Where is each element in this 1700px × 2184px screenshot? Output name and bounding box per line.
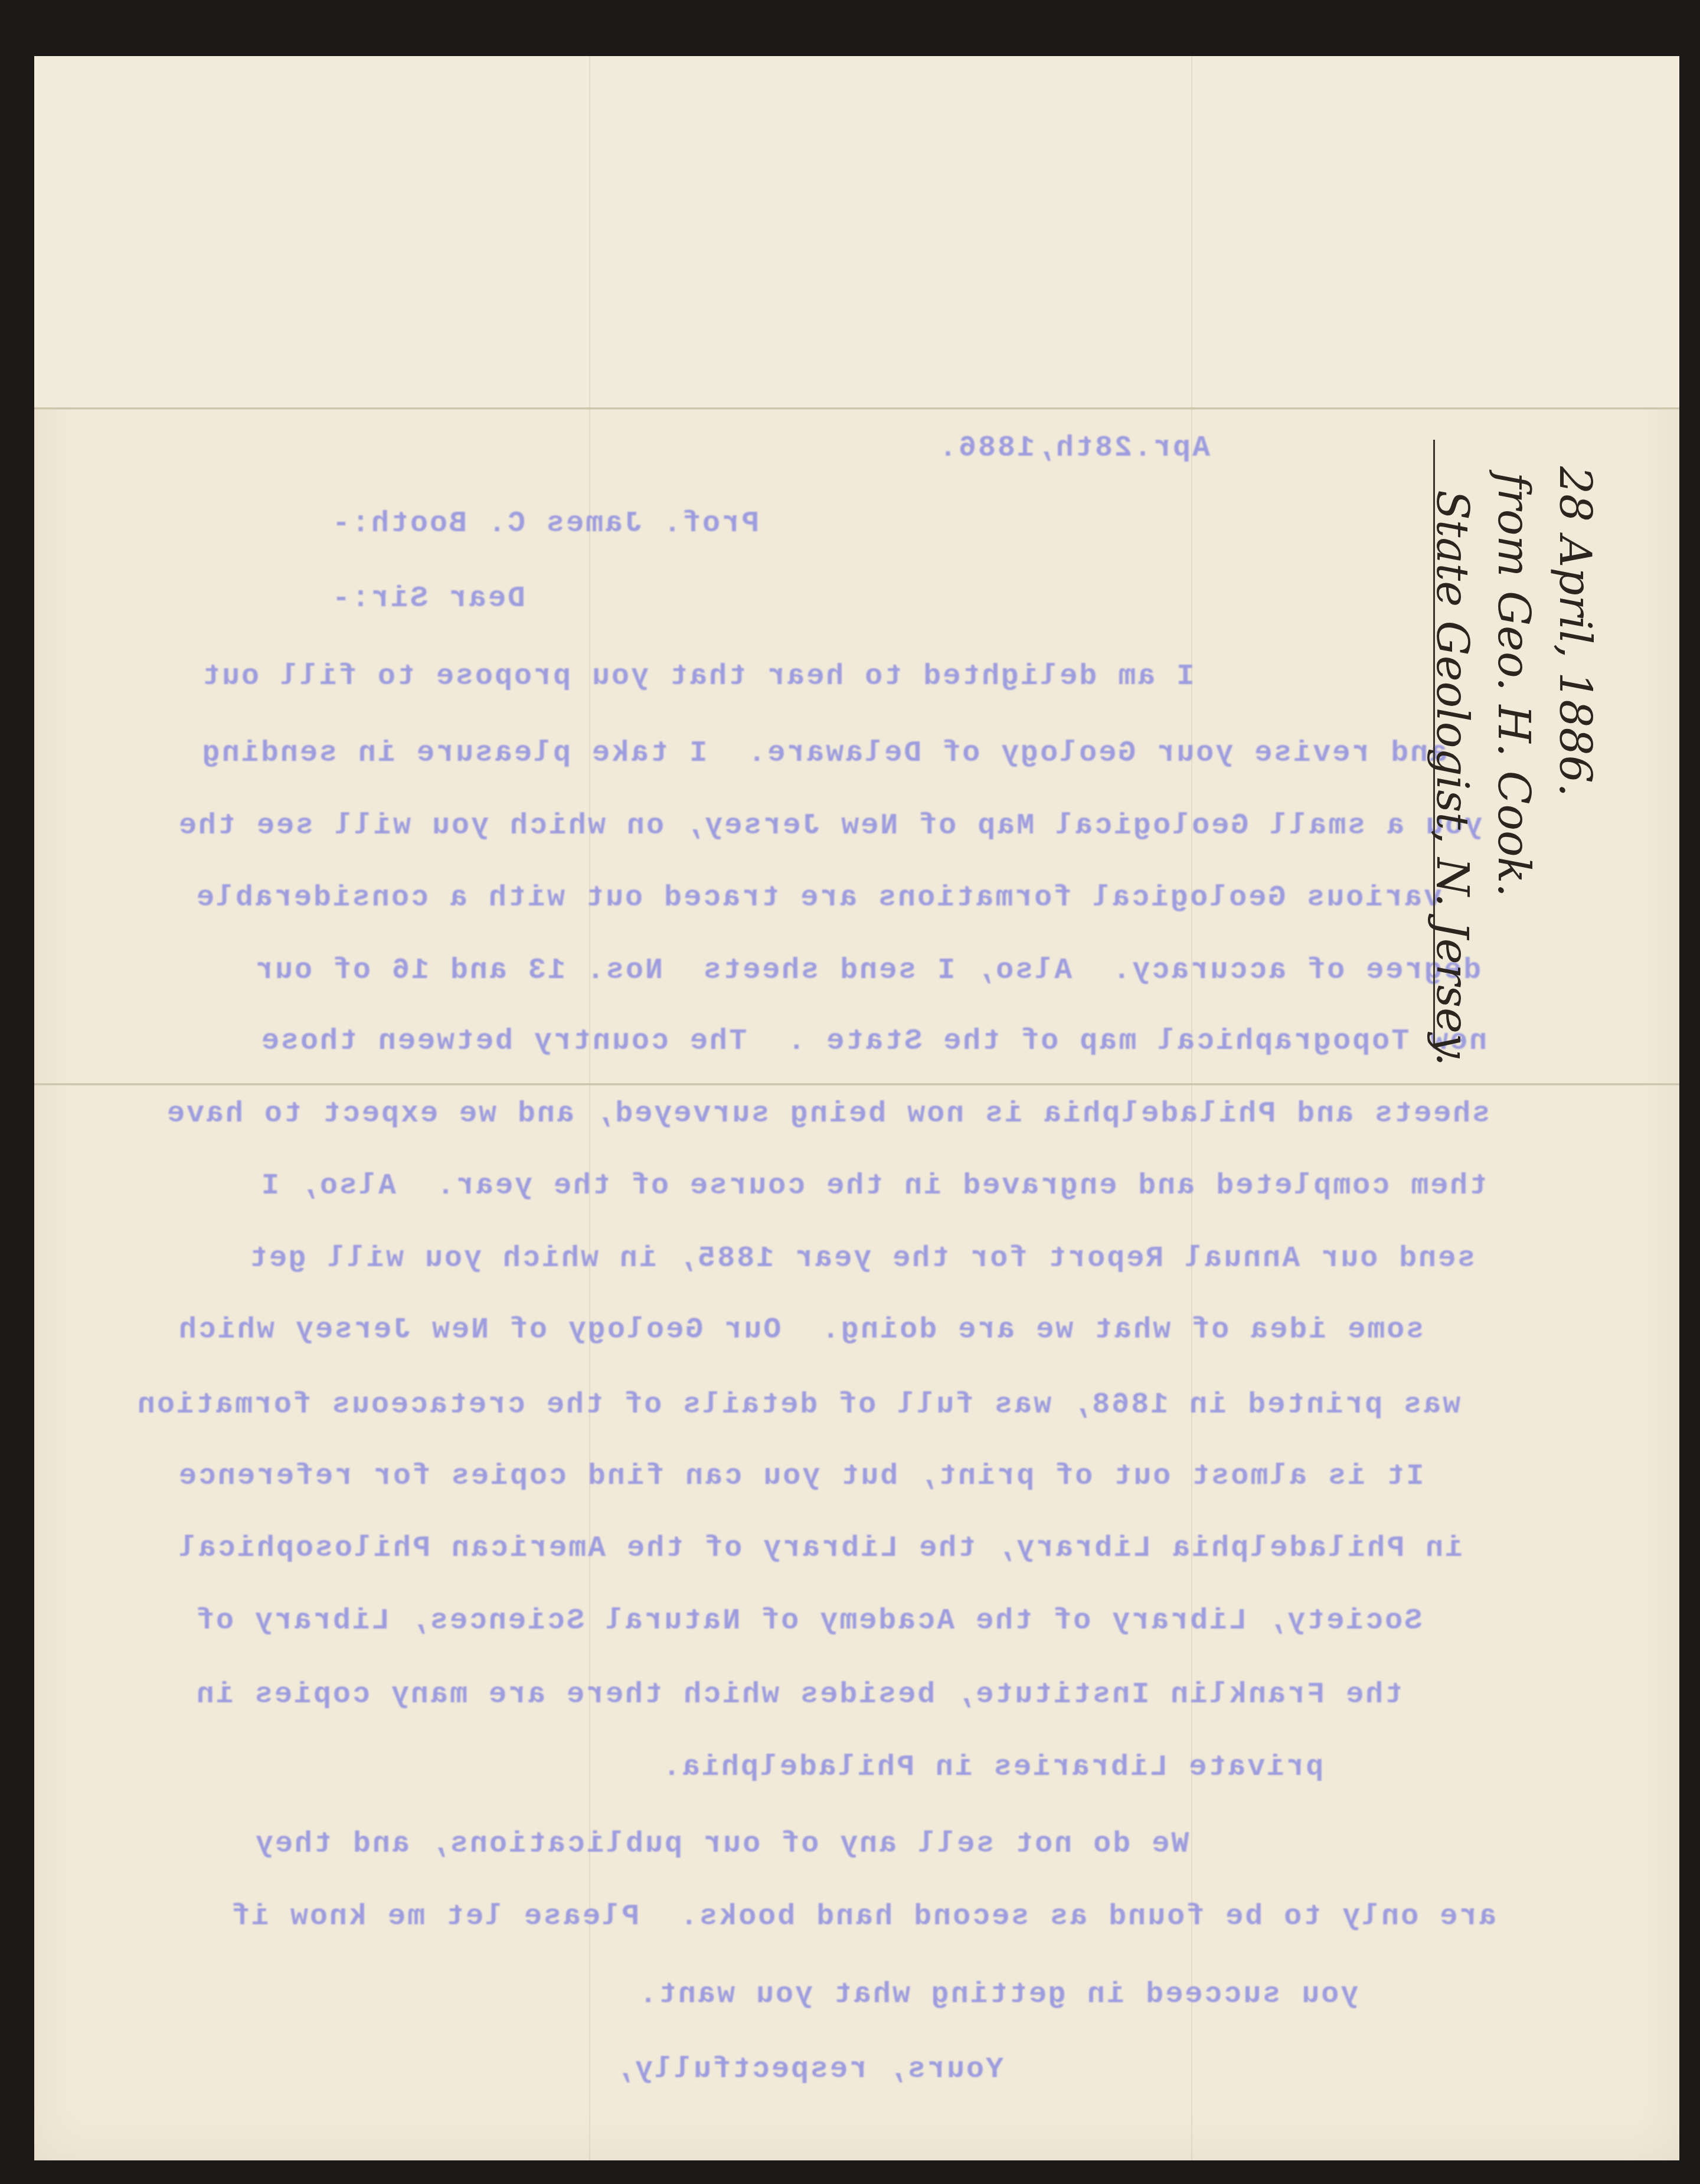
handwritten-title: State Geologist, N. Jersey. (1421, 466, 1483, 1009)
body-line: send our Annual Report for the year 1885… (248, 1241, 1475, 1277)
body-line: new Topographical map of the State . The… (260, 1024, 1487, 1060)
body-line: them completed and engraved in the cours… (260, 1169, 1487, 1204)
body-line: and revise your Geology of Delaware. I t… (201, 736, 1447, 771)
body-line: you succeed in getting what you want. (637, 1977, 1358, 2013)
body-line: I am delighted to hear that you propose … (201, 659, 1194, 695)
body-line: are only to be found as second hand book… (230, 1899, 1496, 1935)
body-line: some idea of what we are doing. Our Geol… (177, 1313, 1424, 1348)
upper-flap (34, 56, 1679, 407)
handwritten-from: from Geo. H. Cook. (1483, 466, 1544, 1009)
body-line: degree of accuracy. Also, I send sheets … (254, 953, 1481, 989)
handwritten-note: 28 April, 1886. from Geo. H. Cook. State… (1405, 466, 1606, 1009)
letter-date: Apr.28th,1886. (937, 431, 1210, 466)
letter-salutation: Dear Sir:- (331, 581, 525, 617)
fold-line-middle (34, 1083, 1679, 1086)
letter-closing: Yours, respectfully, (614, 2052, 1003, 2088)
body-line: Society, Library of the Academy of Natur… (195, 1604, 1422, 1639)
body-line: the Franklin Institute, besides which th… (195, 1678, 1402, 1713)
body-line: private Libraries in Philadelphia. (661, 1750, 1323, 1786)
body-line: in Philadelphia Library, the Library of … (177, 1531, 1463, 1567)
fold-line-upper (34, 407, 1679, 410)
body-line: various Geological formations are traced… (195, 881, 1441, 916)
letter-addressee: Prof. James C. Booth:- (331, 506, 759, 542)
body-line: We do not sell any of our publications, … (254, 1827, 1189, 1862)
handwritten-date: 28 April, 1886. (1544, 466, 1606, 1009)
body-line: sheets and Philadelphia is now being sur… (165, 1097, 1490, 1132)
body-line: was printed in 1868, was full of details… (136, 1388, 1460, 1423)
body-line: It is almost out of print, but you can f… (177, 1459, 1424, 1495)
body-line: you a small Geological Map of New Jersey… (177, 809, 1482, 844)
